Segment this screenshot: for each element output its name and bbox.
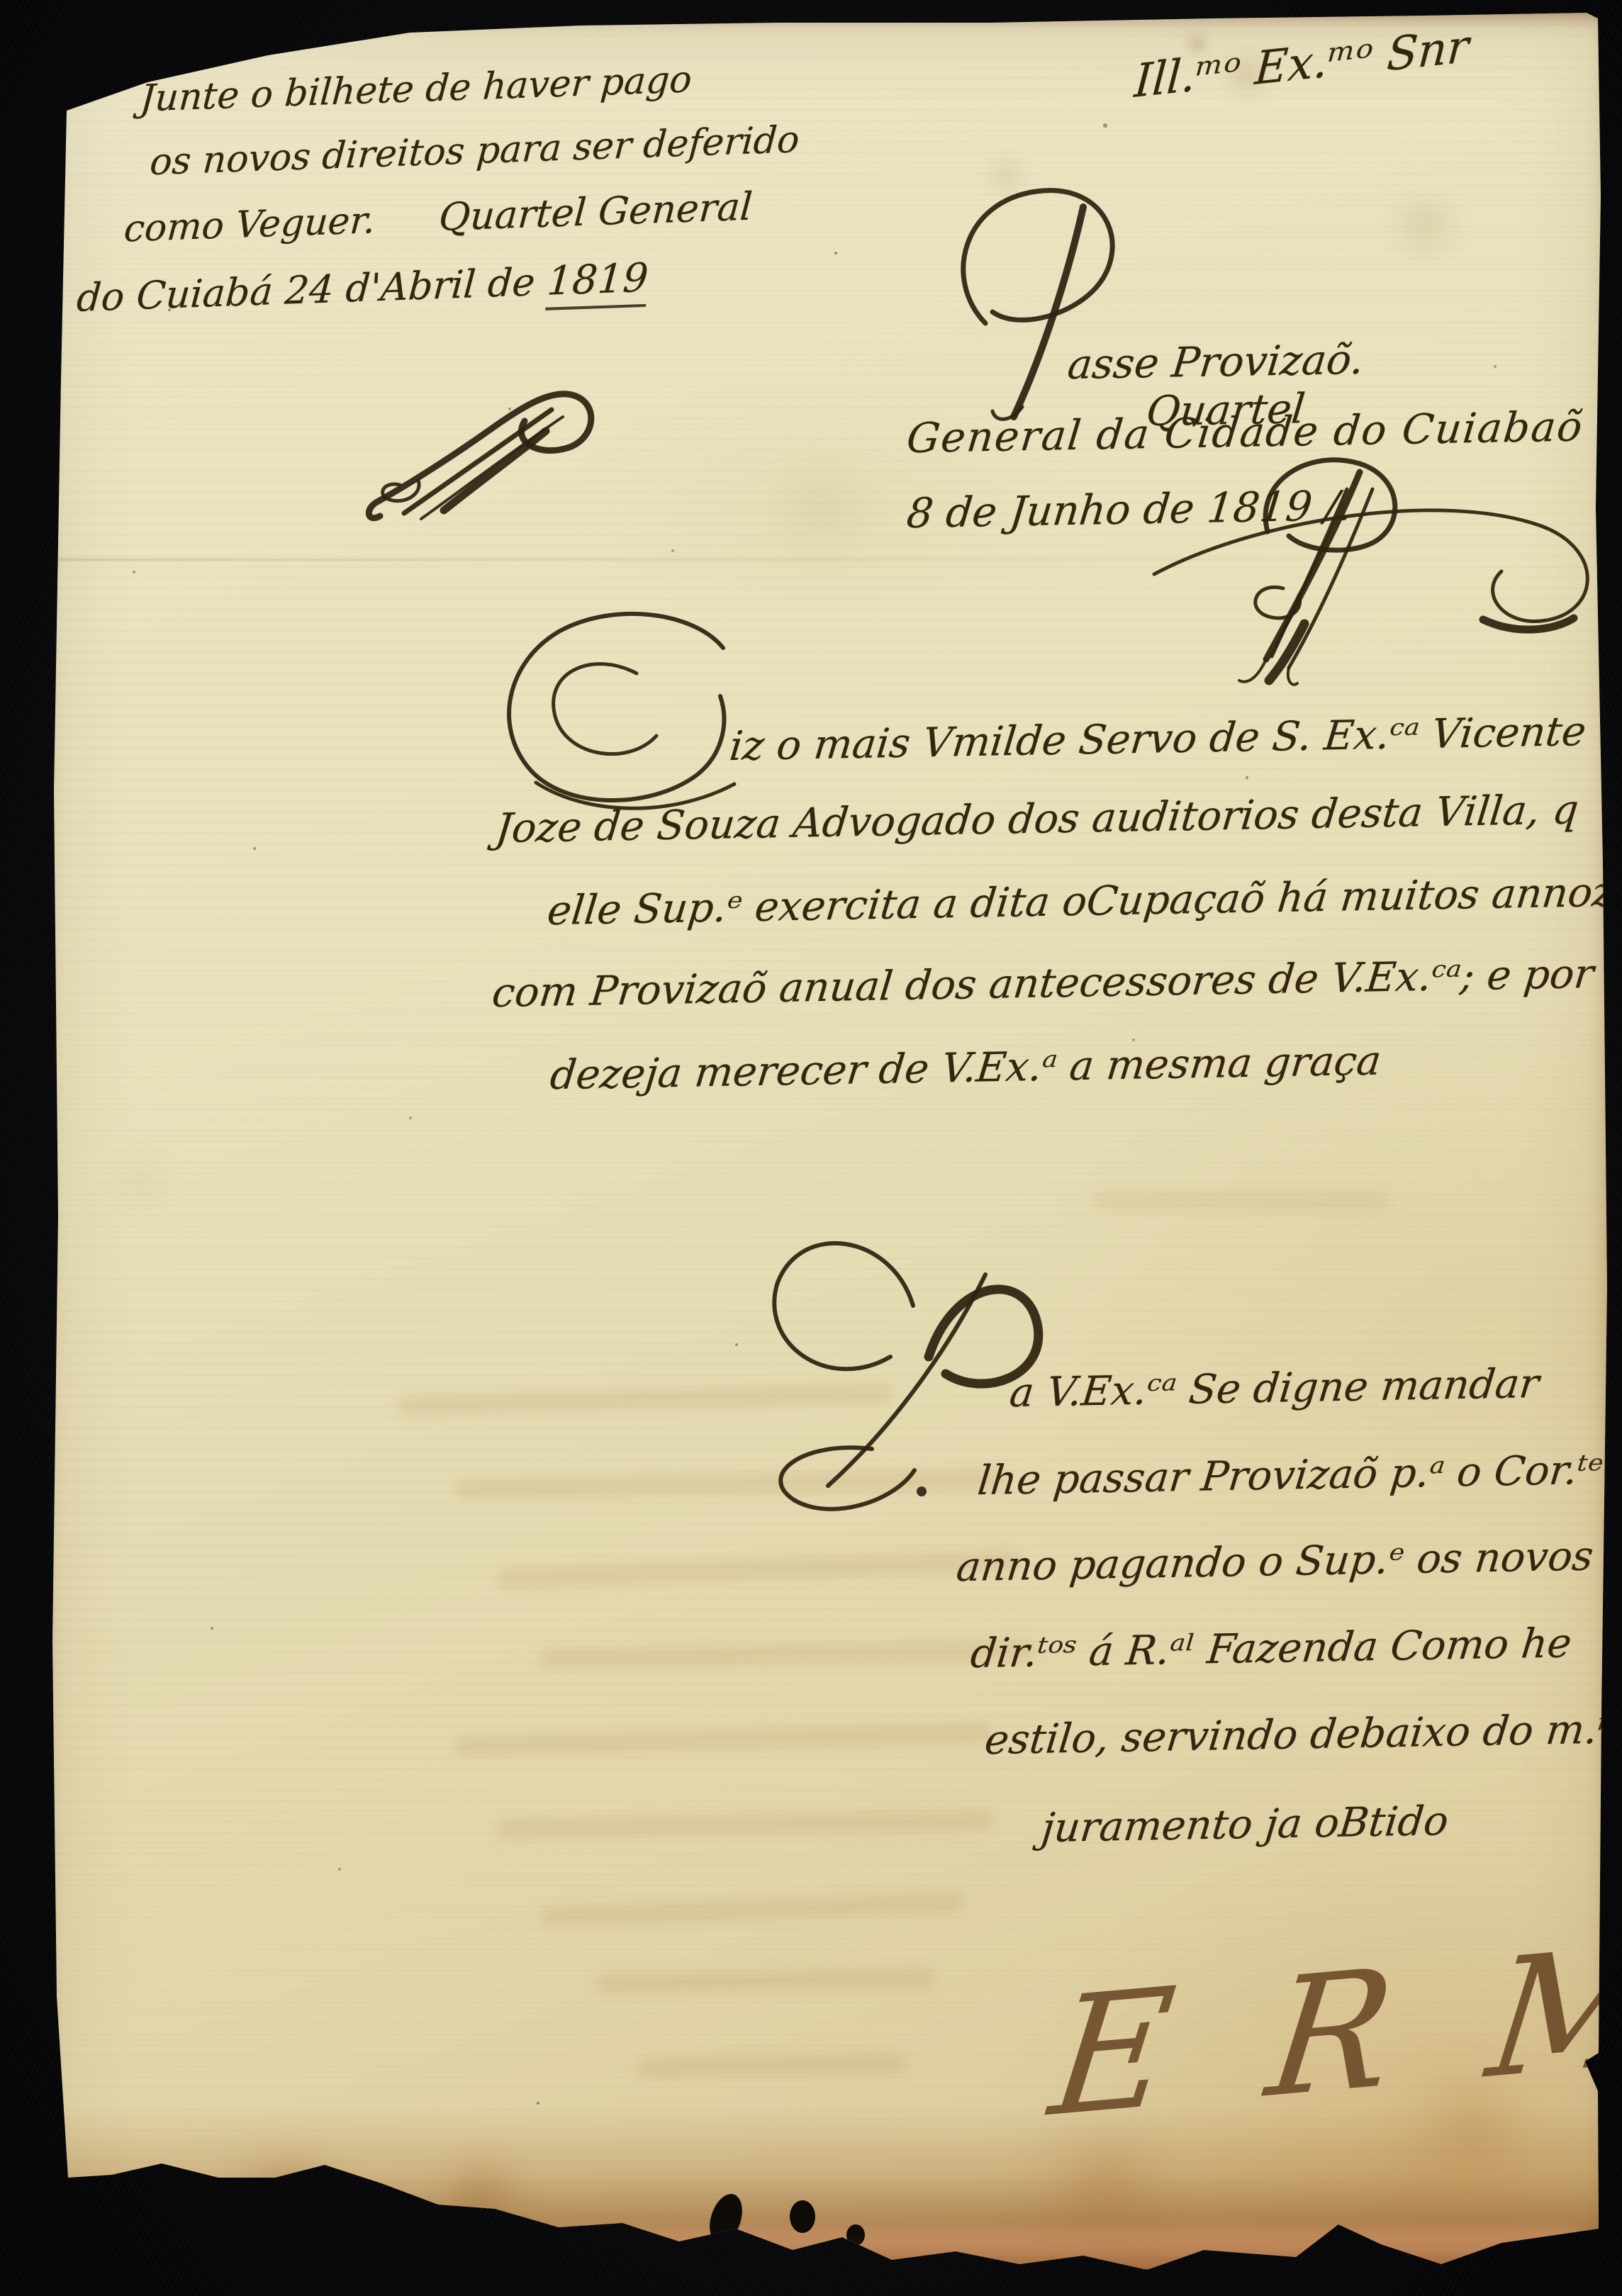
bleed-through-mark bbox=[638, 2054, 907, 2078]
note-line: os novos direitos para ser deferido bbox=[148, 118, 800, 184]
bleed-through-mark bbox=[454, 1723, 992, 1757]
despacho-rubric paraph-flourish-icon bbox=[1197, 445, 1431, 693]
paper-hole bbox=[790, 2200, 815, 2233]
note-line-text: como Veguer. bbox=[123, 199, 376, 251]
manuscript-page: Junte o bilhete de haver pago os novos d… bbox=[41, 11, 1611, 2269]
paper-hole bbox=[846, 2224, 865, 2246]
note-line: Junte o bilhete de haver pago bbox=[139, 55, 791, 121]
note-dateline: do Cuiabá 24 d'Abril de 1819 bbox=[75, 252, 728, 321]
petition-line4: dir.ᵗᵒˢ á R.ᵃˡ Fazenda Como he bbox=[968, 1620, 1574, 1677]
petition-line5: estilo, servindo debaixo do m.ᵐᵒ bbox=[983, 1706, 1622, 1764]
body-line1: iz o mais Vmilde Servo de S. Ex.ᶜᵃ Vicen… bbox=[727, 708, 1588, 770]
note-date-text: do Cuiabá 24 d'Abril de bbox=[75, 259, 549, 320]
petition-line2: lhe passar Provizaõ p.ᵃ o Cor.ᵗᵉ bbox=[975, 1447, 1605, 1505]
note-rubric paraph-flourish-icon bbox=[360, 377, 608, 526]
bleed-through-mark bbox=[595, 1968, 936, 1993]
foxing-stains bbox=[41, 11, 43, 13]
torn-edge-rim bbox=[84, 2229, 1582, 2257]
bleed-through-mark bbox=[496, 1550, 1022, 1589]
body-line5: dezeja merecer de V.Ex.ᵃ a mesma graça bbox=[548, 1038, 1383, 1099]
note-line: como Veguer. Quartel General bbox=[123, 183, 775, 250]
despacho-line1-text: asse Provizaõ. bbox=[1066, 335, 1366, 388]
body-line4: com Provizaõ anual dos antecessores de V… bbox=[490, 949, 1622, 1017]
bottom-water-stain bbox=[41, 2108, 1611, 2273]
ink-specks bbox=[41, 11, 43, 13]
bleed-through-mark bbox=[539, 1893, 965, 1927]
petition-line3: anno pagando o Sup.ᵉ os novos bbox=[954, 1533, 1596, 1591]
note-date-year: 1819 bbox=[545, 255, 650, 310]
bleed-through-mark bbox=[539, 1640, 1035, 1669]
petition-line6: juramento ja oBtido bbox=[1039, 1798, 1450, 1852]
bleed-through-mark bbox=[1092, 1191, 1389, 1211]
marginal-note: Junte o bilhete de haver pago os novos d… bbox=[79, 57, 740, 256]
photograph-background: Junte o bilhete de haver pago os novos d… bbox=[0, 0, 1622, 2296]
bleed-through-mark bbox=[496, 1810, 992, 1839]
petition-line1: a V.Ex.ᶜᵃ Se digne mandar bbox=[1007, 1360, 1541, 1416]
salutation: Ill.ᵐᵒ Ex.ᵐᵒ Snr bbox=[1133, 20, 1471, 108]
body-line3: elle Sup.ᵉ exercita a dita oCupaçaõ há m… bbox=[545, 869, 1616, 934]
note-line-text: Quartel General bbox=[437, 184, 754, 240]
